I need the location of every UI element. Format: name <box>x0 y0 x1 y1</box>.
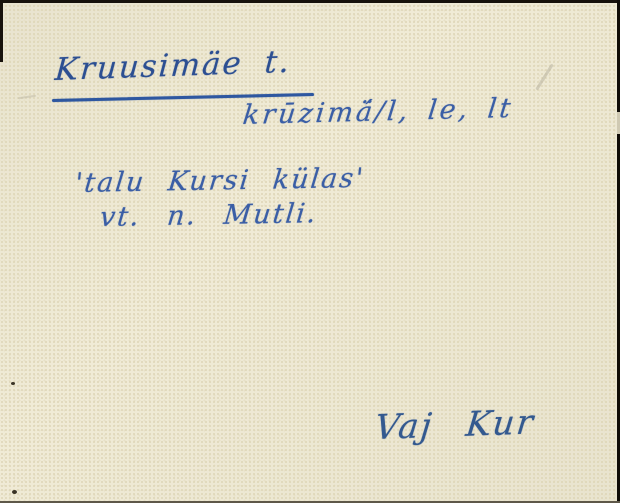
pencil-smudge <box>18 95 36 99</box>
description-handwriting-line1: 'talu Kursi külas' <box>73 163 366 199</box>
collector-signature-handwriting: Vaj Kur <box>373 402 537 448</box>
phonetic-case-forms-handwriting: krūzimä́/l, le, lt <box>241 93 515 131</box>
dust-speck <box>11 382 15 385</box>
scan-edge-left-top <box>0 0 3 62</box>
scanned-index-card: Kruusimäe t. krūzimä́/l, le, lt 'talu Ku… <box>0 0 620 503</box>
scan-edge-top <box>0 0 620 3</box>
description-handwriting-line2: vt. n. Mutli. <box>98 198 319 233</box>
pencil-smudge <box>535 63 553 90</box>
card-title-handwriting: Kruusimäe t. <box>54 44 293 88</box>
dust-speck <box>12 490 17 494</box>
